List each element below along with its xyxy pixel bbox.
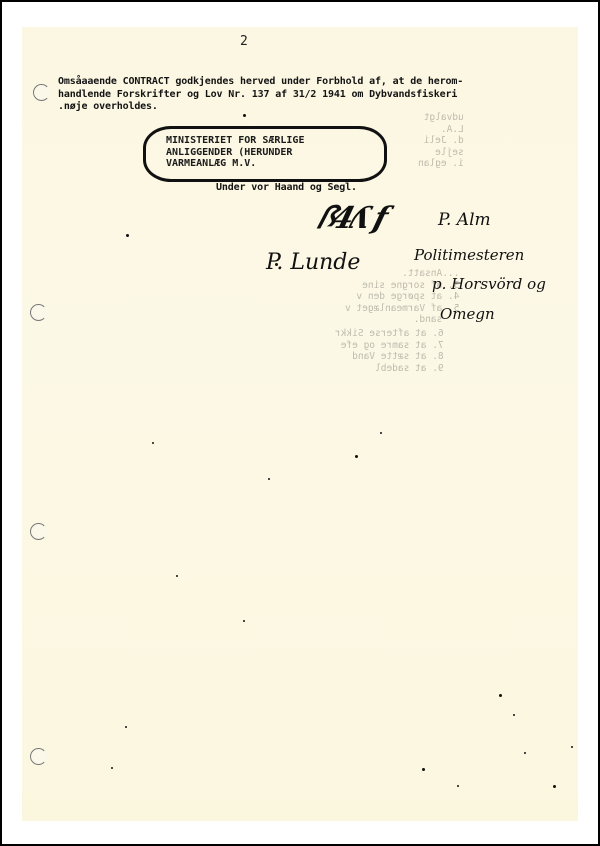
ink-speck [126, 234, 129, 237]
punch-hole-icon [30, 748, 47, 765]
signature-alm: P. Alm [438, 210, 491, 230]
ink-speck [422, 768, 425, 771]
ink-speck [571, 746, 573, 748]
stamp-line: MINISTERIET FOR SÆRLIGE [166, 135, 304, 147]
stamp-line: ANLIGGENDER (HERUNDER [166, 147, 304, 159]
punch-hole-icon [33, 84, 50, 101]
punch-hole-icon [30, 304, 47, 321]
ink-speck [355, 455, 358, 458]
ink-speck [524, 752, 526, 754]
ink-speck [513, 714, 515, 716]
signature-title-line: p. Horsvörd og [432, 275, 546, 293]
punch-hole-icon [30, 523, 47, 540]
stamp-line: VARMEANLÆG M.V. [166, 158, 304, 170]
signature-title-line: Omegn [440, 305, 495, 323]
ink-speck [111, 767, 113, 769]
paragraph-line: handlende Forskrifter og Lov Nr. 137 af … [58, 89, 463, 102]
signature-title-line: Politimesteren [414, 246, 524, 264]
bleed-through-text-upper: udvalgt L.A. d. Jeli sejle i. eglan [418, 112, 464, 170]
ink-speck [457, 785, 459, 787]
ink-speck [268, 478, 270, 480]
approval-paragraph: Omsåaaende CONTRACT godkjendes herved un… [58, 76, 463, 114]
ink-speck [243, 114, 246, 117]
signature-lunde: P. Lunde [266, 250, 360, 275]
ink-speck [152, 442, 154, 444]
page-number-mark: 2 [240, 34, 248, 49]
ministry-stamp: MINISTERIET FOR SÆRLIGEANLIGGENDER (HERU… [166, 135, 304, 170]
ink-speck [275, 263, 278, 266]
paragraph-line: Omsåaaende CONTRACT godkjendes herved un… [58, 76, 463, 89]
closing-line: Under vor Haand og Segl. [216, 182, 357, 195]
ink-speck [553, 785, 556, 788]
ink-speck [125, 726, 127, 728]
bleed-through-text-lower: 6. at afterse Sikkr 7. at samre og efe 8… [335, 328, 444, 374]
ink-speck [243, 620, 245, 622]
ink-speck [380, 432, 382, 434]
paragraph-line: .nøje overholdes. [58, 101, 463, 114]
ink-speck [499, 694, 502, 697]
signature-main: ꟗ4ʎ f [313, 196, 391, 237]
ink-speck [176, 575, 178, 577]
